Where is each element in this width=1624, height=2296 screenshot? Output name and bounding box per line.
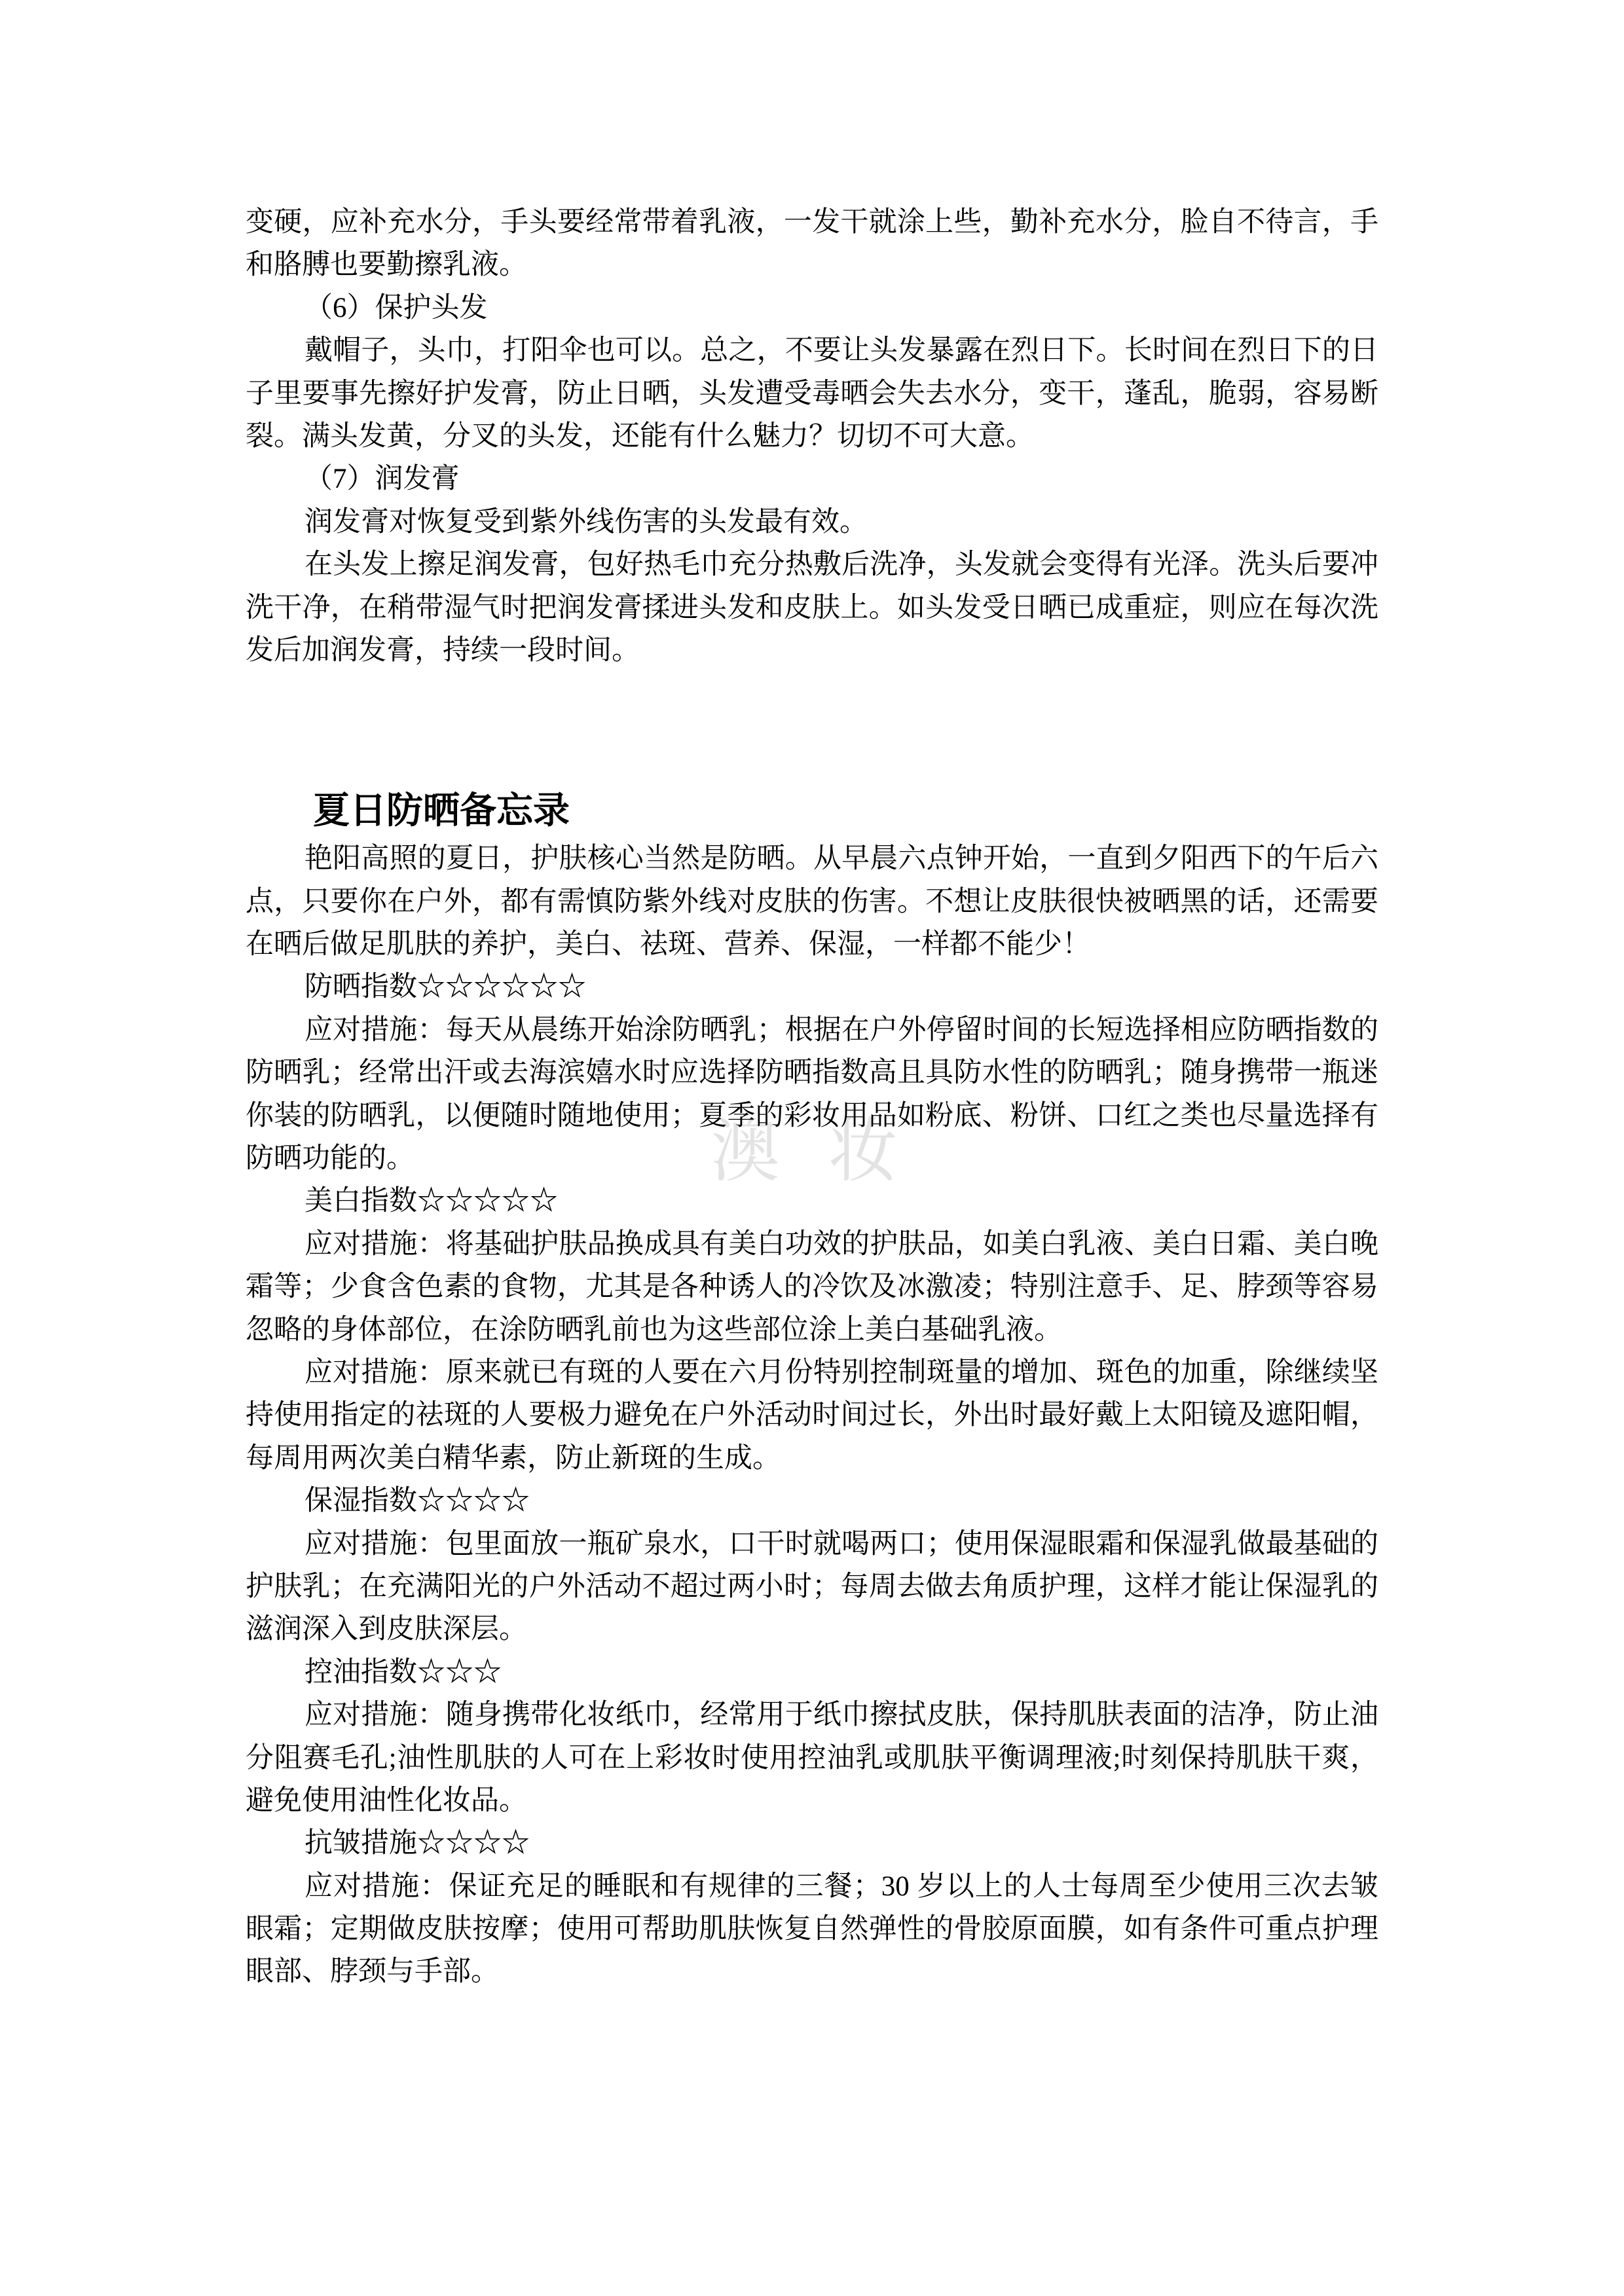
section-gap [246, 672, 1378, 785]
text-line: 艳阳高照的夏日，护肤核心当然是防晒。从早晨六点钟开始，一直到夕阳西下的午后六 [246, 837, 1378, 880]
text-line: 在头发上擦足润发膏，包好热毛巾充分热敷后洗净，头发就会变得有光泽。洗头后要冲 [246, 543, 1378, 586]
text-line: 润发膏对恢复受到紫外线伤害的头发最有效。 [246, 501, 1378, 543]
text-line: 霜等；少食含色素的食物，尤其是各种诱人的冷饮及冰激凌；特别注意手、足、脖颈等容易 [246, 1266, 1378, 1308]
text-line: 戴帽子，头巾，打阳伞也可以。总之，不要让头发暴露在烈日下。长时间在烈日下的日 [246, 329, 1378, 372]
subsection-heading-7: （7）润发膏 [246, 458, 1378, 500]
text-line: 变硬，应补充水分，手头要经常带着乳液，一发干就涂上些，勤补充水分，脸自不待言，手 [246, 201, 1378, 244]
text-line: 在晒后做足肌肤的养护，美白、祛斑、营养、保湿，一样都不能少！ [246, 923, 1378, 966]
text-line: 应对措施：随身携带化妆纸巾，经常用于纸巾擦拭皮肤，保持肌肤表面的洁净，防止油 [246, 1694, 1378, 1736]
text-line: 你装的防晒乳，以便随时随地使用；夏季的彩妆用品如粉底、粉饼、口红之类也尽量选择有 [246, 1095, 1378, 1137]
document-page: { "page": { "background_color": "#ffffff… [0, 0, 1624, 2296]
text-line: 发后加润发膏，持续一段时间。 [246, 629, 1378, 672]
document-body-text: 变硬，应补充水分，手头要经常带着乳液，一发干就涂上些，勤补充水分，脸自不待言，手… [246, 201, 1378, 1994]
rating-line-anti-wrinkle: 抗皱措施☆☆☆☆ [246, 1822, 1378, 1865]
text-line: 裂。满头发黄，分叉的头发，还能有什么魅力？切切不可大意。 [246, 415, 1378, 458]
text-line: 洗干净，在稍带湿气时把润发膏揉进头发和皮肤上。如头发受日晒已成重症，则应在每次洗 [246, 587, 1378, 629]
text-line: 应对措施：保证充足的睡眠和有规律的三餐；30 岁以上的人士每周至少使用三次去皱 [246, 1865, 1378, 1908]
text-line: 忽略的身体部位，在涂防晒乳前也为这些部位涂上美白基础乳液。 [246, 1309, 1378, 1351]
text-line: 应对措施：原来就已有斑的人要在六月份特别控制斑量的增加、斑色的加重，除继续坚 [246, 1351, 1378, 1394]
text-line: 防晒功能的。 [246, 1137, 1378, 1180]
text-line: 滋润深入到皮肤深层。 [246, 1608, 1378, 1650]
text-line: 子里要事先擦好护发膏，防止日晒，头发遭受毒晒会失去水分，变干，蓬乱，脆弱，容易断 [246, 373, 1378, 415]
text-line: 防晒乳；经常出汗或去海滨嬉水时应选择防晒指数高且具防水性的防晒乳；随身携带一瓶迷 [246, 1051, 1378, 1094]
text-line: 应对措施：包里面放一瓶矿泉水，口干时就喝两口；使用保湿眼霜和保湿乳做最基础的 [246, 1523, 1378, 1565]
subsection-heading-6: （6）保护头发 [246, 287, 1378, 329]
rating-line-sunscreen: 防晒指数☆☆☆☆☆☆ [246, 966, 1378, 1008]
text-line: 护肤乳；在充满阳光的户外活动不超过两小时；每周去做去角质护理，这样才能让保湿乳的 [246, 1565, 1378, 1608]
rating-line-whitening: 美白指数☆☆☆☆☆ [246, 1180, 1378, 1222]
text-line: 点，只要你在户外，都有需慎防紫外线对皮肤的伤害。不想让皮肤很快被晒黑的话，还需要 [246, 881, 1378, 923]
text-line: 应对措施：每天从晨练开始涂防晒乳；根据在户外停留时间的长短选择相应防晒指数的 [246, 1009, 1378, 1051]
page-background: 澳妆 变硬，应补充水分，手头要经常带着乳液，一发干就涂上些，勤补充水分，脸自不待… [0, 0, 1624, 2296]
text-line: 分阻赛毛孔;油性肌肤的人可在上彩妆时使用控油乳或肌肤平衡调理液;时刻保持肌肤干爽… [246, 1737, 1378, 1779]
text-line: 每周用两次美白精华素，防止新斑的生成。 [246, 1437, 1378, 1480]
section-title: 夏日防晒备忘录 [246, 785, 1378, 837]
rating-line-moisturizing: 保湿指数☆☆☆☆ [246, 1480, 1378, 1522]
text-line: 应对措施：将基础护肤品换成具有美白功效的护肤品，如美白乳液、美白日霜、美白晚 [246, 1223, 1378, 1266]
text-line: 眼部、脖颈与手部。 [246, 1950, 1378, 1993]
text-line: 和胳膊也要勤擦乳液。 [246, 244, 1378, 286]
text-line: 眼霜；定期做皮肤按摩；使用可帮助肌肤恢复自然弹性的骨胶原面膜，如有条件可重点护理 [246, 1908, 1378, 1950]
text-line: 持使用指定的祛斑的人要极力避免在户外活动时间过长，外出时最好戴上太阳镜及遮阳帽， [246, 1394, 1378, 1436]
rating-line-oil-control: 控油指数☆☆☆ [246, 1651, 1378, 1694]
text-line: 避免使用油性化妆品。 [246, 1779, 1378, 1822]
